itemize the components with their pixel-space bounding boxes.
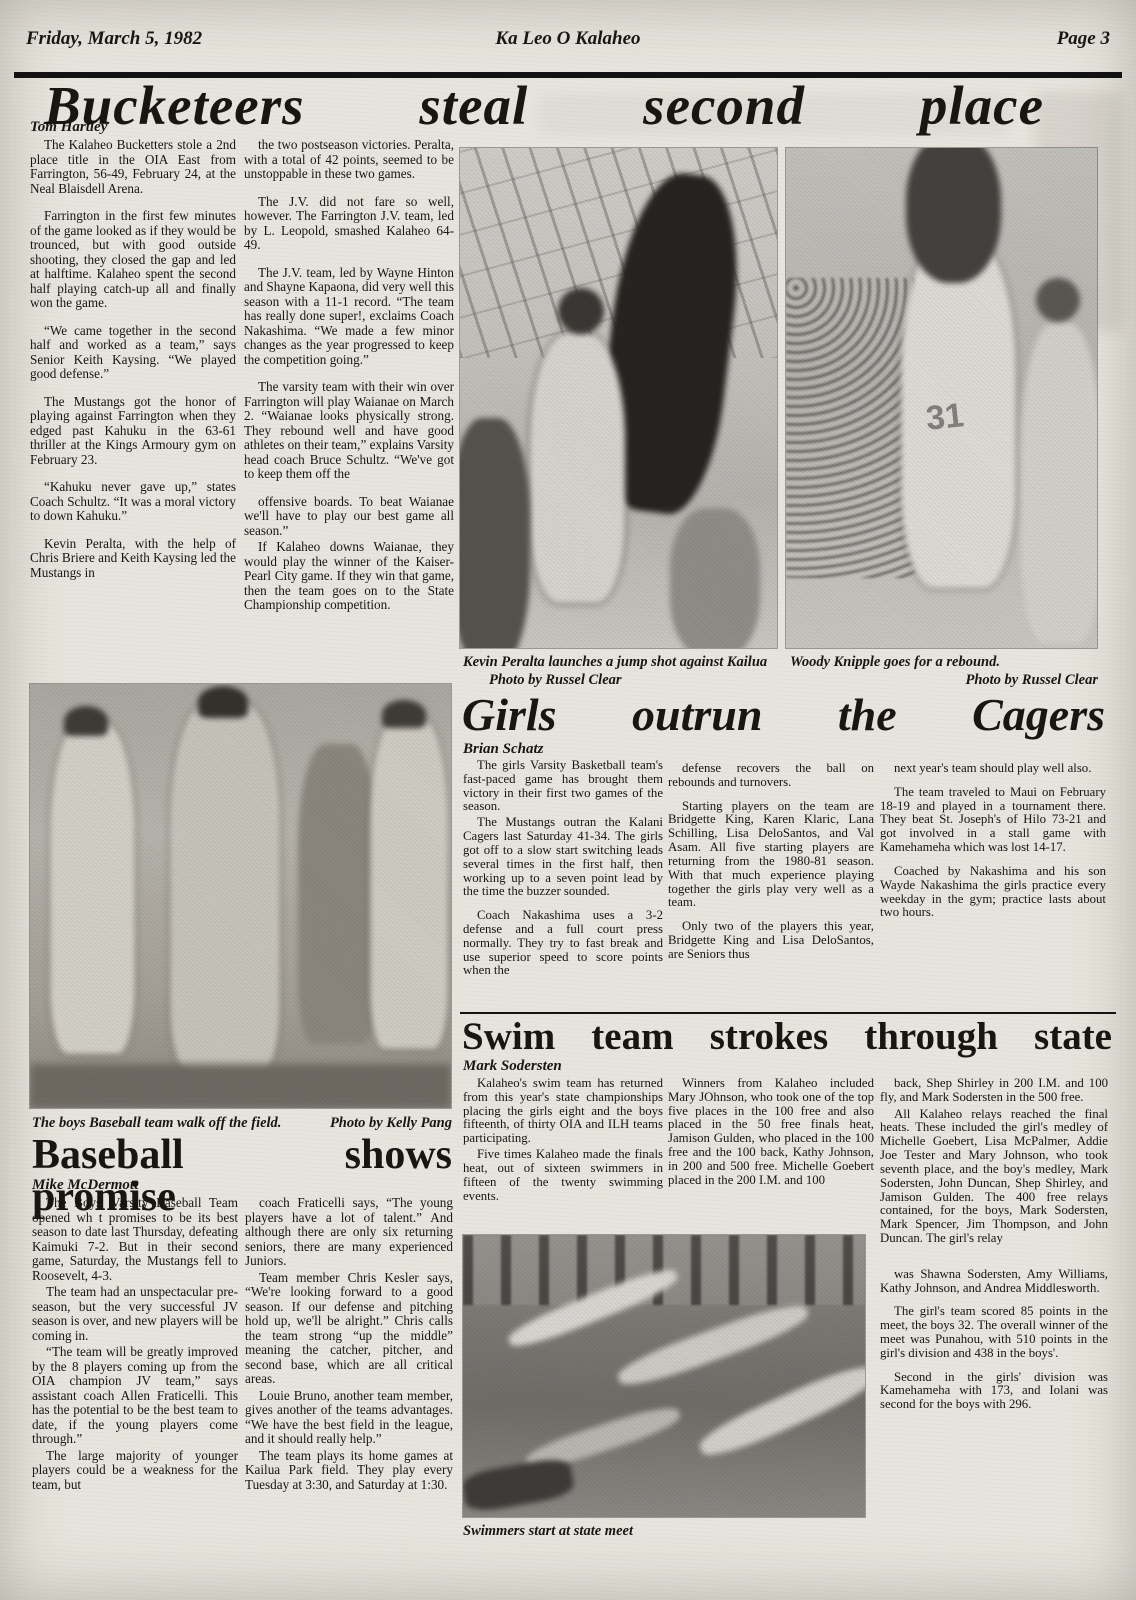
baseball-photo	[30, 684, 451, 1108]
paragraph: defense recovers the ball on rebounds an…	[668, 762, 874, 790]
photo-shape	[30, 1064, 451, 1108]
paragraph: The Mustangs outran the Kalani Cagers la…	[463, 816, 663, 899]
masthead-title: Ka Leo O Kalaheo	[0, 28, 1136, 50]
photo-shape	[460, 418, 530, 648]
swim-column-2: Winners from Kalaheo included Mary JOhns…	[668, 1077, 874, 1190]
paragraph: The girls Varsity Basketball team's fast…	[463, 759, 663, 814]
paragraph: The large majority of younger players co…	[32, 1449, 238, 1493]
paragraph: Coach Nakashima uses a 3-2 defense and a…	[463, 909, 663, 978]
girls-column-1: The girls Varsity Basketball team's fast…	[463, 759, 663, 988]
paragraph: Coached by Nakashima and his son Wayde N…	[880, 865, 1106, 920]
paragraph: Only two of the players this year, Bridg…	[668, 920, 874, 961]
photo-shape	[1021, 323, 1097, 643]
paragraph: The Mustangs got the honor of playing ag…	[30, 395, 236, 468]
paragraph: The J.V. did not fare so well, however. …	[244, 195, 454, 253]
paragraph: If Kalaheo downs Waianae, they would pla…	[244, 540, 454, 613]
photo-caption: Swimmers start at state meet	[463, 1523, 633, 1539]
paragraph: The Kalaheo Bucketters stole a 2nd place…	[30, 138, 236, 196]
baseball-column-1: The Boys' Varsity Baseball Team opened w…	[32, 1196, 238, 1494]
baseball-column-2: coach Fraticelli says, “The young player…	[245, 1196, 453, 1494]
photo-shape	[1036, 278, 1080, 322]
paragraph: “We came together in the second half and…	[30, 324, 236, 382]
photo-caption: Kevin Peralta launches a jump shot again…	[463, 654, 767, 670]
photo-shape	[298, 744, 378, 1044]
photo-shape	[614, 1297, 812, 1394]
paragraph: “The team will be greatly improved by th…	[32, 1345, 238, 1447]
paragraph: The varsity team with their win over Far…	[244, 380, 454, 482]
swim-column-1: Kalaheo's swim team has returned from th…	[463, 1077, 663, 1205]
paragraph: The J.V. team, led by Wayne Hinton and S…	[244, 266, 454, 368]
basketball-photo-right: 31	[786, 148, 1097, 648]
bucketeers-headline: Bucketeers steal second place	[44, 80, 1044, 132]
basketball-left-caption: Kevin Peralta launches a jump shot again…	[463, 653, 775, 689]
photo-shape	[370, 719, 448, 1049]
girls-column-2: defense recovers the ball on rebounds an…	[668, 762, 874, 972]
paragraph: the two postseason victories. Peralta, w…	[244, 138, 454, 182]
swim-byline: Mark Sodersten	[463, 1058, 562, 1075]
photo-credit: Photo by Russel Clear	[790, 671, 1098, 689]
bucketeers-byline: Tom Hartley	[30, 119, 107, 136]
paragraph: back, Shep Shirley in 200 I.M. and 100 f…	[880, 1077, 1108, 1105]
paragraph: Kevin Peralta, with the help of Chris Br…	[30, 537, 236, 581]
girls-column-3: next year's team should play well also. …	[880, 762, 1106, 930]
bucketeers-column-1: The Kalaheo Bucketters stole a 2nd place…	[30, 138, 236, 593]
photo-credit: Photo by Kelly Pang	[330, 1114, 452, 1132]
page-number: Page 3	[1057, 28, 1110, 50]
paragraph: offensive boards. To beat Waianae we'll …	[244, 495, 454, 539]
photo-shape	[695, 1358, 865, 1465]
paragraph: Kalaheo's swim team has returned from th…	[463, 1077, 663, 1146]
jersey-number: 31	[924, 396, 966, 439]
swim-photo	[463, 1235, 865, 1517]
paragraph: Team member Chris Kesler says, “We're lo…	[245, 1271, 453, 1387]
paragraph: Louie Bruno, another team member, gives …	[245, 1389, 453, 1447]
swim-headline: Swim team strokes through state	[462, 1017, 1112, 1056]
photo-shape	[670, 508, 760, 648]
photo-shape	[906, 148, 1001, 283]
paragraph: Five times Kalaheo made the finals heat,…	[463, 1148, 663, 1203]
paragraph: Farrington in the first few minutes of t…	[30, 209, 236, 311]
paragraph: All Kalaheo relays reached the final hea…	[880, 1108, 1108, 1246]
paragraph: coach Fraticelli says, “The young player…	[245, 1196, 453, 1269]
baseball-photo-caption: The boys Baseball team walk off the fiel…	[32, 1114, 452, 1132]
paragraph: was Shawna Sodersten, Amy Williams, Kath…	[880, 1268, 1108, 1296]
newspaper-page: Friday, March 5, 1982 Ka Leo O Kalaheo P…	[0, 0, 1136, 1600]
swim-section-rule	[460, 1012, 1116, 1014]
paragraph: The team had an unspectacular pre-season…	[32, 1285, 238, 1343]
baseball-byline: Mike McDermott	[32, 1177, 138, 1194]
photo-caption: The boys Baseball team walk off the fiel…	[32, 1114, 281, 1132]
photo-shape	[382, 700, 426, 728]
paragraph: “Kahuku never gave up,” states Coach Sch…	[30, 480, 236, 524]
paragraph: The team plays its home games at Kailua …	[245, 1449, 453, 1493]
girls-byline: Brian Schatz	[463, 741, 543, 758]
photo-shape	[530, 333, 625, 603]
photo-caption: Woody Knipple goes for a rebound.	[790, 654, 1000, 670]
swim-column-3: back, Shep Shirley in 200 I.M. and 100 f…	[880, 1077, 1108, 1422]
photo-shape	[170, 704, 280, 1074]
paragraph: Starting players on the team are Bridget…	[668, 800, 874, 911]
bucketeers-column-2: the two postseason victories. Peralta, w…	[244, 138, 454, 626]
basketball-photo-left	[460, 148, 777, 648]
basketball-right-caption: Woody Knipple goes for a rebound. Photo …	[790, 653, 1098, 689]
swim-photo-caption: Swimmers start at state meet	[463, 1522, 865, 1540]
photo-shape	[198, 686, 248, 718]
girls-headline: Girls outrun the Cagers	[462, 692, 1105, 738]
paragraph: The team traveled to Maui on February 18…	[880, 786, 1106, 855]
paragraph: The Boys' Varsity Baseball Team opened w…	[32, 1196, 238, 1283]
photo-shape	[50, 724, 135, 1054]
photo-shape	[786, 278, 916, 578]
photo-shape	[463, 1456, 576, 1514]
photo-shape	[558, 288, 604, 334]
paragraph: Second in the girls' division was Kameha…	[880, 1371, 1108, 1412]
paragraph: next year's team should play well also.	[880, 762, 1106, 776]
photo-credit: Photo by Russel Clear	[489, 672, 622, 688]
paragraph: The girl's team scored 85 points in the …	[880, 1305, 1108, 1360]
paragraph: Winners from Kalaheo included Mary JOhns…	[668, 1077, 874, 1188]
photo-shape	[64, 706, 108, 736]
